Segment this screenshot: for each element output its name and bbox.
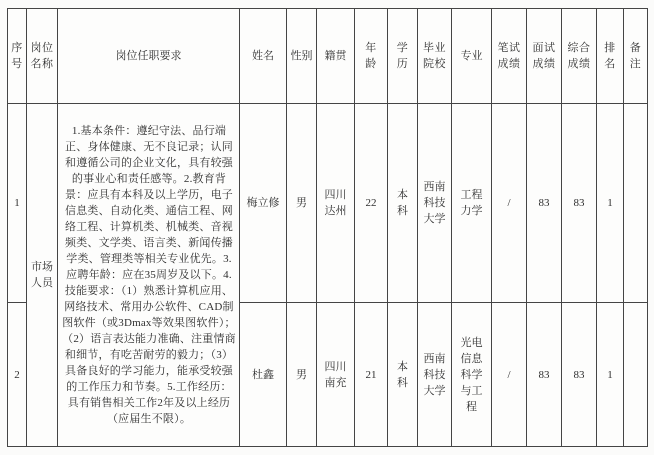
cell-hometown-1: 四川达州 bbox=[317, 104, 355, 303]
col-header-remark: 备注 bbox=[624, 9, 648, 104]
col-header-position: 岗位名称 bbox=[27, 9, 58, 104]
cell-school-1: 西南科技大学 bbox=[418, 104, 452, 303]
cell-education-1: 本科 bbox=[388, 104, 418, 303]
col-header-gender: 性别 bbox=[287, 9, 317, 104]
cell-written-score-2: / bbox=[492, 303, 527, 447]
col-header-age: 年龄 bbox=[355, 9, 388, 104]
cell-hometown-2: 四川南充 bbox=[317, 303, 355, 447]
cell-serial-1: 1 bbox=[8, 104, 27, 303]
col-header-written-score: 笔试成绩 bbox=[492, 9, 527, 104]
col-header-major: 专业 bbox=[452, 9, 492, 104]
cell-remark-2 bbox=[624, 303, 648, 447]
cell-rank-1: 1 bbox=[597, 104, 624, 303]
cell-age-2: 21 bbox=[355, 303, 388, 447]
document-page: 序号 岗位名称 岗位任职要求 姓名 性别 籍贯 年龄 学历 毕业院校 专业 笔试… bbox=[0, 0, 654, 455]
cell-major-2: 光电信息科学与工程 bbox=[452, 303, 492, 447]
cell-overall-score-1: 83 bbox=[562, 104, 597, 303]
cell-overall-score-2: 83 bbox=[562, 303, 597, 447]
cell-interview-score-1: 83 bbox=[527, 104, 562, 303]
col-header-name: 姓名 bbox=[240, 9, 287, 104]
cell-education-2: 本科 bbox=[388, 303, 418, 447]
col-header-hometown: 籍贯 bbox=[317, 9, 355, 104]
col-header-serial: 序号 bbox=[8, 9, 27, 104]
header-row: 序号 岗位名称 岗位任职要求 姓名 性别 籍贯 年龄 学历 毕业院校 专业 笔试… bbox=[8, 9, 648, 104]
cell-age-1: 22 bbox=[355, 104, 388, 303]
cell-written-score-1: / bbox=[492, 104, 527, 303]
col-header-rank: 排名 bbox=[597, 9, 624, 104]
cell-interview-score-2: 83 bbox=[527, 303, 562, 447]
cell-gender-1: 男 bbox=[287, 104, 317, 303]
cell-remark-1 bbox=[624, 104, 648, 303]
table-row-1: 1 市场人员 1.基本条件：遵纪守法、品行端正、身体健康、无不良记录；认同和遵循… bbox=[8, 104, 648, 303]
col-header-overall-score: 综合成绩 bbox=[562, 9, 597, 104]
cell-name-1: 梅立修 bbox=[240, 104, 287, 303]
cell-requirements-merged: 1.基本条件：遵纪守法、品行端正、身体健康、无不良记录；认同和遵循公司的企业文化… bbox=[58, 104, 240, 447]
recruitment-results-table: 序号 岗位名称 岗位任职要求 姓名 性别 籍贯 年龄 学历 毕业院校 专业 笔试… bbox=[7, 8, 648, 447]
cell-gender-2: 男 bbox=[287, 303, 317, 447]
col-header-requirements: 岗位任职要求 bbox=[58, 9, 240, 104]
cell-school-2: 西南科技大学 bbox=[418, 303, 452, 447]
cell-major-1: 工程力学 bbox=[452, 104, 492, 303]
col-header-education: 学历 bbox=[388, 9, 418, 104]
col-header-school: 毕业院校 bbox=[418, 9, 452, 104]
cell-serial-2: 2 bbox=[8, 303, 27, 447]
cell-position-merged: 市场人员 bbox=[27, 104, 58, 447]
cell-name-2: 杜鑫 bbox=[240, 303, 287, 447]
cell-rank-2: 1 bbox=[597, 303, 624, 447]
col-header-interview-score: 面试成绩 bbox=[527, 9, 562, 104]
